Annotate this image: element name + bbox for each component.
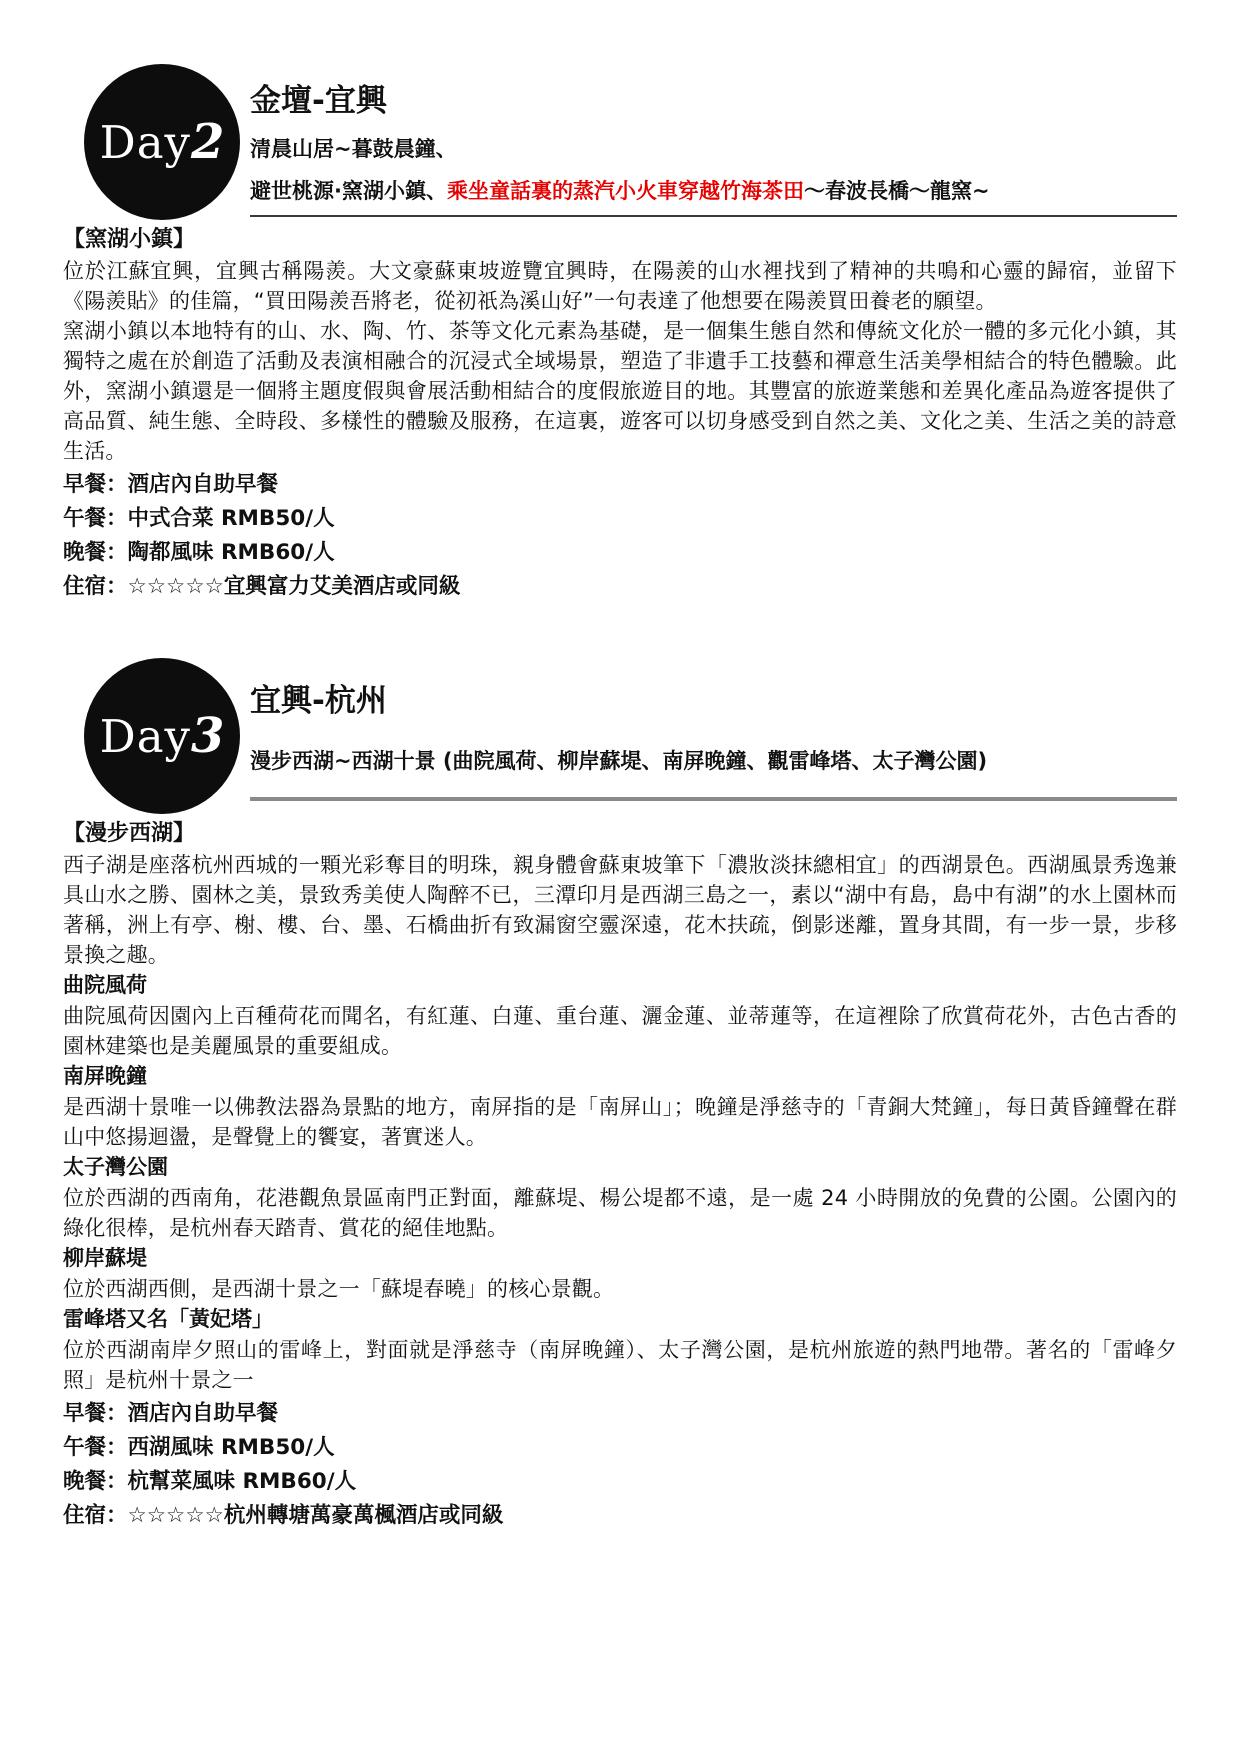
day-2-header-text: 金壇-宜興 清晨山居~暮鼓晨鐘、 避世桃源·窯湖小鎮、乘坐童話裏的蒸汽小火車穿越…: [250, 64, 1177, 217]
day-badge-word: Day: [100, 116, 191, 169]
subtitle-prefix: 避世桃源·窯湖小鎮、: [250, 179, 447, 203]
day-3-meals: 早餐：酒店內自助早餐 午餐：西湖風味 RMB50/人 晚餐：杭幫菜風味 RMB6…: [63, 1397, 1177, 1533]
day-badge-word: Day: [100, 710, 191, 763]
day-2-title: 金壇-宜興: [250, 82, 1177, 121]
day-3-section: Day3 宜興-杭州 漫步西湖~西湖十景 (曲院風荷、柳岸蘇堤、南屏晚鐘、觀雷峰…: [63, 658, 1177, 1533]
day-3-header: Day3 宜興-杭州 漫步西湖~西湖十景 (曲院風荷、柳岸蘇堤、南屏晚鐘、觀雷峰…: [63, 658, 1177, 814]
day-2-body: 【窯湖小鎮】 位於江蘇宜興，宜興古稱陽羨。大文豪蘇東坡遊覽宜興時，在陽羨的山水裡…: [63, 224, 1177, 604]
subsection-body-sudi: 位於西湖西側，是西湖十景之一「蘇堤春曉」的核心景觀。: [63, 1274, 1177, 1304]
day-2-paragraph-2: 窯湖小鎮以本地特有的山、水、陶、竹、茶等文化元素為基礎，是一個集生態自然和傳統文…: [63, 316, 1177, 466]
subsection-body-quyuan: 曲院風荷因園內上百種荷花而聞名，有紅蓮、白蓮、重台蓮、灑金蓮、並蒂蓮等，在這裡除…: [63, 1001, 1177, 1061]
subsection-body-nanping: 是西湖十景唯一以佛教法器為景點的地方，南屏指的是「南屏山」；晚鐘是淨慈寺的「青銅…: [63, 1092, 1177, 1152]
subtitle-red-highlight: 乘坐童話裏的蒸汽小火車穿越竹海茶田: [447, 179, 804, 203]
breakfast-line: 早餐：酒店內自助早餐: [63, 468, 1177, 502]
day-2-section: Day2 金壇-宜興 清晨山居~暮鼓晨鐘、 避世桃源·窯湖小鎮、乘坐童話裏的蒸汽…: [63, 64, 1177, 604]
day-3-header-text: 宜興-杭州 漫步西湖~西湖十景 (曲院風荷、柳岸蘇堤、南屏晚鐘、觀雷峰塔、太子灣…: [250, 658, 1177, 801]
dinner-line: 晚餐：杭幫菜風味 RMB60/人: [63, 1465, 1177, 1499]
subtitle-suffix: ～春波長橋～龍窯~: [804, 179, 990, 203]
subsection-body-taiziwan: 位於西湖的西南角，花港觀魚景區南門正對面，離蘇堤、楊公堤都不遠，是一處 24 小…: [63, 1183, 1177, 1243]
subsection-heading-quyuan: 曲院風荷: [63, 970, 1177, 1001]
lunch-line: 午餐：中式合菜 RMB50/人: [63, 502, 1177, 536]
hotel-line: 住宿：☆☆☆☆☆宜興富力艾美酒店或同級: [63, 570, 1177, 604]
day-3-section-heading: 【漫步西湖】: [63, 818, 1177, 850]
subsection-heading-sudi: 柳岸蘇堤: [63, 1243, 1177, 1274]
dinner-line: 晚餐：陶都風味 RMB60/人: [63, 536, 1177, 570]
subsection-heading-nanping: 南屏晚鐘: [63, 1061, 1177, 1092]
breakfast-line: 早餐：酒店內自助早餐: [63, 1397, 1177, 1431]
itinerary-page: Day2 金壇-宜興 清晨山居~暮鼓晨鐘、 避世桃源·窯湖小鎮、乘坐童話裏的蒸汽…: [0, 0, 1241, 1755]
subsection-body-leifengta: 位於西湖南岸夕照山的雷峰上，對面就是淨慈寺（南屏晚鐘）、太子灣公園，是杭州旅遊的…: [63, 1335, 1177, 1395]
day-badge-number: 2: [191, 114, 224, 170]
day-2-meals: 早餐：酒店內自助早餐 午餐：中式合菜 RMB50/人 晚餐：陶都風味 RMB60…: [63, 468, 1177, 604]
day-2-badge: Day2: [84, 64, 240, 220]
day-3-subtitle-line1: 漫步西湖~西湖十景 (曲院風荷、柳岸蘇堤、南屏晚鐘、觀雷峰塔、太子灣公園): [250, 747, 1177, 775]
subsection-heading-taiziwan: 太子灣公園: [63, 1152, 1177, 1183]
day-3-badge: Day3: [84, 658, 240, 814]
subsection-heading-leifengta: 雷峰塔又名「黃妃塔」: [63, 1304, 1177, 1335]
day-3-title: 宜興-杭州: [250, 682, 1177, 721]
day-3-intro-paragraph: 西子湖是座落杭州西城的一顆光彩奪目的明珠，親身體會蘇東坡筆下「濃妝淡抹總相宜」的…: [63, 850, 1177, 970]
day-badge-number: 3: [191, 708, 224, 764]
day-2-section-heading: 【窯湖小鎮】: [63, 224, 1177, 256]
hotel-line: 住宿：☆☆☆☆☆杭州轉塘萬豪萬楓酒店或同級: [63, 1499, 1177, 1533]
lunch-line: 午餐：西湖風味 RMB50/人: [63, 1431, 1177, 1465]
day-2-subtitle-line2: 避世桃源·窯湖小鎮、乘坐童話裏的蒸汽小火車穿越竹海茶田～春波長橋～龍窯~: [250, 177, 1177, 205]
day-2-subtitle-line1: 清晨山居~暮鼓晨鐘、: [250, 135, 1177, 163]
day-2-header: Day2 金壇-宜興 清晨山居~暮鼓晨鐘、 避世桃源·窯湖小鎮、乘坐童話裏的蒸汽…: [63, 64, 1177, 220]
day-3-body: 【漫步西湖】 西子湖是座落杭州西城的一顆光彩奪目的明珠，親身體會蘇東坡筆下「濃妝…: [63, 818, 1177, 1533]
day-2-paragraph-1: 位於江蘇宜興，宜興古稱陽羨。大文豪蘇東坡遊覽宜興時，在陽羨的山水裡找到了精神的共…: [63, 256, 1177, 316]
